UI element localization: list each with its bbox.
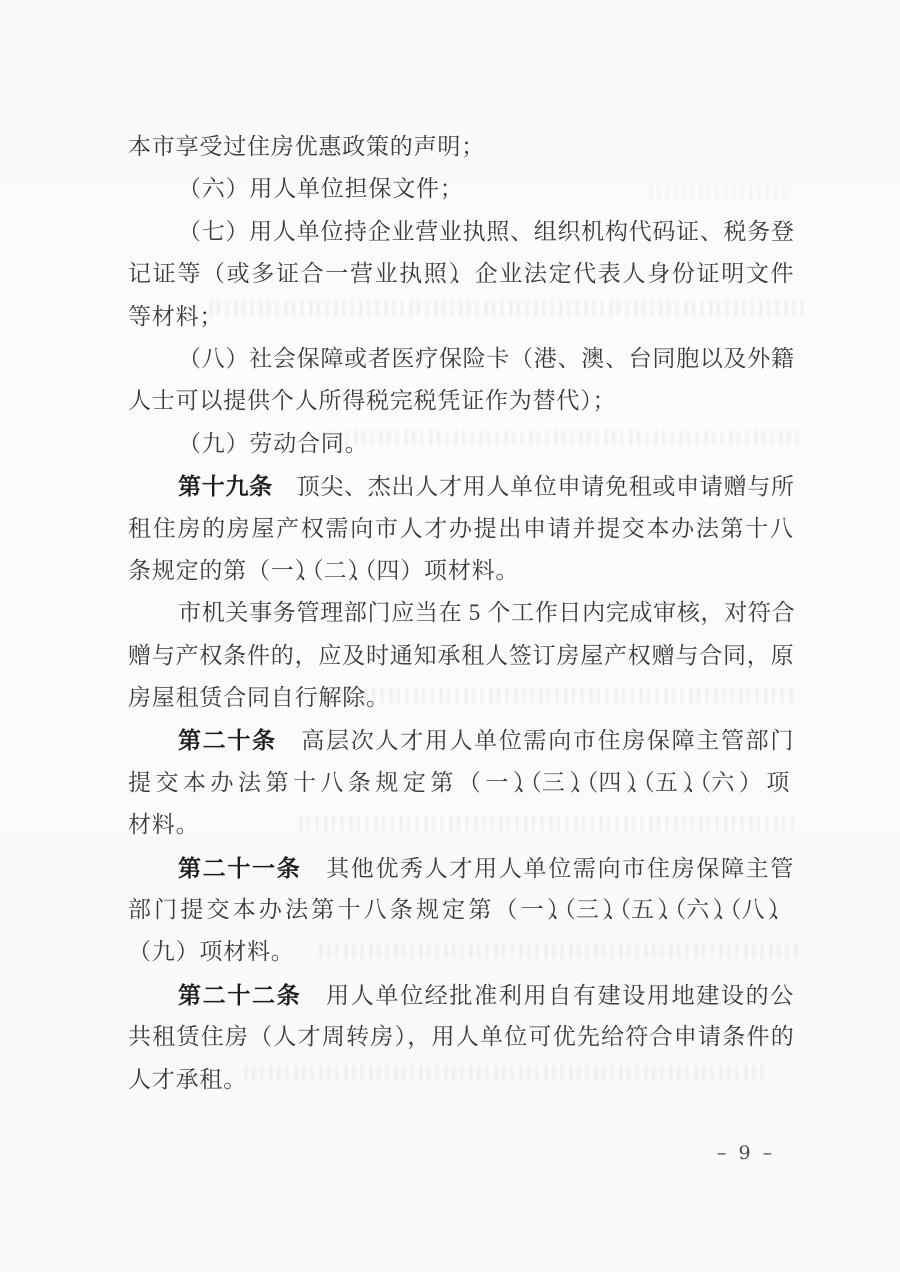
text-line: 部门提交本办法第十八条规定第（一）、（三）、（五）、（六）、（八）、	[128, 889, 795, 931]
text-line: （九）劳动合同。	[128, 423, 795, 465]
text-segment: 高层次人才用人单位需向市住房保障主管部门	[277, 728, 795, 753]
text-line: 条规定的第（一）、（二）、（四）项材料。	[128, 550, 795, 592]
text-line-content: 第十九条 顶尖、杰出人才用人单位申请免租或申请赠与所	[178, 465, 795, 508]
text-segment: 本市享受过住房优惠政策的声明；	[128, 134, 485, 159]
text-line: 第二十一条 其他优秀人才用人单位需向市住房保障主管	[128, 847, 795, 889]
article-number: 第十九条	[178, 473, 273, 499]
text-line-content: 市机关事务管理部门应当在 5 个工作日内完成审核，对符合	[178, 592, 795, 634]
text-segment: （七）用人单位持企业营业执照、组织机构代码证、税务登	[178, 219, 795, 244]
text-line-content: （九）项材料。	[128, 931, 295, 973]
text-line-content: 人士可以提供个人所得税完税凭证作为替代）；	[128, 380, 616, 422]
text-line: 人士可以提供个人所得税完税凭证作为替代）；	[128, 380, 795, 422]
scanned-document-page: 本市享受过住房优惠政策的声明；（六）用人单位担保文件；（七）用人单位持企业营业执…	[0, 0, 900, 1272]
text-line-content: （九）劳动合同。	[178, 423, 368, 465]
text-segment: （八）社会保障或者医疗保险卡（港、澳、台同胞以及外籍	[178, 346, 795, 371]
article-number: 第二十条	[178, 727, 277, 753]
text-line: （九）项材料。	[128, 931, 795, 973]
text-segment: （六）用人单位担保文件；	[178, 176, 464, 201]
text-line-content: （六）用人单位担保文件；	[178, 168, 464, 210]
article-number: 第二十一条	[178, 855, 301, 881]
text-segment: 条规定的第（一）、（二）、（四）项材料。	[128, 558, 519, 583]
text-segment: 租住房的房屋产权需向市人才办提出申请并提交本办法第十八	[128, 516, 795, 541]
text-line: 租住房的房屋产权需向市人才办提出申请并提交本办法第十八	[128, 508, 795, 550]
text-segment: 房屋租赁合同自行解除。	[128, 685, 390, 710]
text-line-content: 租住房的房屋产权需向市人才办提出申请并提交本办法第十八	[128, 508, 795, 550]
text-line-content: 等材料；	[128, 296, 223, 338]
text-line-content: 提交本办法第十八条规定第（一）、（三）、（四）、（五）、（六）项	[128, 762, 794, 804]
text-line: 第二十二条 用人单位经批准利用自有建设用地建设的公	[128, 974, 795, 1016]
text-line-content: 材料。	[128, 804, 199, 846]
text-segment: 共租赁住房（人才周转房），用人单位可优先给符合申请条件的	[128, 1024, 795, 1049]
text-line: 第十九条 顶尖、杰出人才用人单位申请免租或申请赠与所	[128, 465, 795, 507]
text-line: 等材料；	[128, 296, 795, 338]
text-line-content: 记证等（或多证合一营业执照）、企业法定代表人身份证明文件	[128, 253, 795, 295]
text-segment: 顶尖、杰出人才用人单位申请免租或申请赠与所	[273, 474, 795, 499]
text-segment: 用人单位经批准利用自有建设用地建设的公	[301, 983, 795, 1008]
text-line: （六）用人单位担保文件；	[128, 168, 795, 210]
text-line: 房屋租赁合同自行解除。	[128, 677, 795, 719]
text-segment: 部门提交本办法第十八条规定第（一）、（三）、（五）、（六）、（八）、	[128, 897, 794, 922]
text-line: 共租赁住房（人才周转房），用人单位可优先给符合申请条件的	[128, 1016, 795, 1058]
text-segment: 赠与产权条件的，应及时通知承租人签订房屋产权赠与合同，原	[128, 643, 794, 668]
text-line: 记证等（或多证合一营业执照）、企业法定代表人身份证明文件	[128, 253, 795, 295]
text-segment: 市机关事务管理部门应当在 5 个工作日内完成审核，对符合	[178, 600, 795, 625]
text-segment: （九）项材料。	[128, 939, 295, 964]
text-line: 市机关事务管理部门应当在 5 个工作日内完成审核，对符合	[128, 592, 795, 634]
text-line-content: 第二十二条 用人单位经批准利用自有建设用地建设的公	[178, 974, 795, 1017]
text-line-content: （七）用人单位持企业营业执照、组织机构代码证、税务登	[178, 211, 795, 253]
text-segment: （九）劳动合同。	[178, 431, 368, 456]
document-body: 本市享受过住房优惠政策的声明；（六）用人单位担保文件；（七）用人单位持企业营业执…	[128, 126, 795, 1101]
text-segment: 记证等（或多证合一营业执照）、企业法定代表人身份证明文件	[128, 261, 795, 286]
text-line-content: 人才承租。	[128, 1059, 247, 1101]
text-segment: 其他优秀人才用人单位需向市住房保障主管	[301, 856, 795, 881]
text-line-content: 第二十条 高层次人才用人单位需向市住房保障主管部门	[178, 719, 795, 762]
text-line-content: 共租赁住房（人才周转房），用人单位可优先给符合申请条件的	[128, 1016, 795, 1058]
text-segment: 提交本办法第十八条规定第（一）、（三）、（四）、（五）、（六）项	[128, 770, 794, 795]
text-line: 本市享受过住房优惠政策的声明；	[128, 126, 795, 168]
text-line-content: 房屋租赁合同自行解除。	[128, 677, 390, 719]
text-line-content: （八）社会保障或者医疗保险卡（港、澳、台同胞以及外籍	[178, 338, 795, 380]
text-line: 提交本办法第十八条规定第（一）、（三）、（四）、（五）、（六）项	[128, 762, 795, 804]
text-line: （八）社会保障或者医疗保险卡（港、澳、台同胞以及外籍	[128, 338, 795, 380]
text-segment: 等材料；	[128, 304, 223, 329]
text-line: 第二十条 高层次人才用人单位需向市住房保障主管部门	[128, 719, 795, 761]
article-number: 第二十二条	[178, 982, 301, 1008]
text-segment: 人才承租。	[128, 1067, 247, 1092]
text-line-content: 第二十一条 其他优秀人才用人单位需向市住房保障主管	[178, 847, 795, 890]
text-line-content: 本市享受过住房优惠政策的声明；	[128, 126, 485, 168]
text-line-content: 赠与产权条件的，应及时通知承租人签订房屋产权赠与合同，原	[128, 635, 794, 677]
page-number: – 9 –	[700, 1142, 792, 1164]
text-line: 材料。	[128, 804, 795, 846]
text-line: 人才承租。	[128, 1059, 795, 1101]
text-segment: 材料。	[128, 812, 199, 837]
text-line-content: 部门提交本办法第十八条规定第（一）、（三）、（五）、（六）、（八）、	[128, 889, 794, 931]
text-line-content: 条规定的第（一）、（二）、（四）项材料。	[128, 550, 519, 592]
text-segment: 人士可以提供个人所得税完税凭证作为替代）；	[128, 388, 616, 413]
text-line: 赠与产权条件的，应及时通知承租人签订房屋产权赠与合同，原	[128, 635, 795, 677]
text-line: （七）用人单位持企业营业执照、组织机构代码证、税务登	[128, 211, 795, 253]
